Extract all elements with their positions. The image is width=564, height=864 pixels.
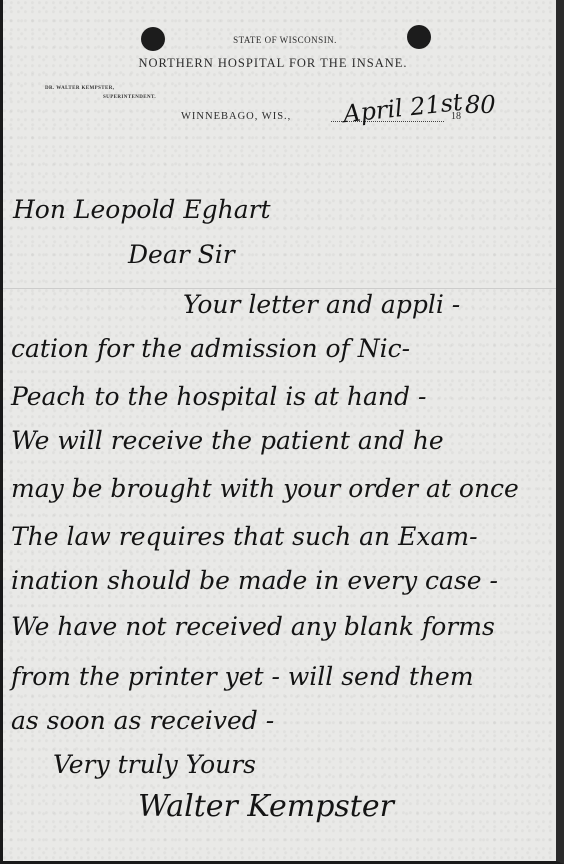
body-line: ination should be made in every case -: [11, 568, 498, 593]
addressee: Hon Leopold Eghart: [13, 197, 271, 222]
greeting: Dear Sir: [128, 242, 235, 267]
body-line: may be brought with your order at once: [11, 476, 519, 501]
body-line: We have not received any blank forms: [11, 614, 495, 639]
letterhead-superintendent-name: DR. WALTER KEMPSTER,: [45, 86, 114, 91]
letterhead-institution: NORTHERN HOSPITAL FOR THE INSANE.: [3, 56, 543, 71]
body-line: Peach to the hospital is at hand -: [11, 384, 426, 409]
letterhead-place: WINNEBAGO, WIS.,: [181, 111, 291, 122]
fold-line: [3, 288, 556, 289]
signature: Walter Kempster: [138, 792, 394, 822]
body-line: The law requires that such an Exam-: [11, 524, 478, 549]
body-line: as soon as received -: [11, 708, 274, 733]
body-line: Your letter and appli -: [183, 292, 460, 317]
letterhead-superintendent-title: SUPERINTENDENT.: [103, 95, 156, 100]
body-line: We will receive the patient and he: [11, 428, 444, 453]
body-line: from the printer yet - will send them: [11, 664, 474, 689]
body-line: cation for the admission of Nic-: [11, 336, 410, 361]
handwritten-year: 80: [465, 93, 496, 117]
letter-page: STATE OF WISCONSIN. NORTHERN HOSPITAL FO…: [0, 0, 564, 864]
letterhead-state: STATE OF WISCONSIN.: [3, 35, 564, 45]
valediction: Very truly Yours: [53, 752, 256, 777]
